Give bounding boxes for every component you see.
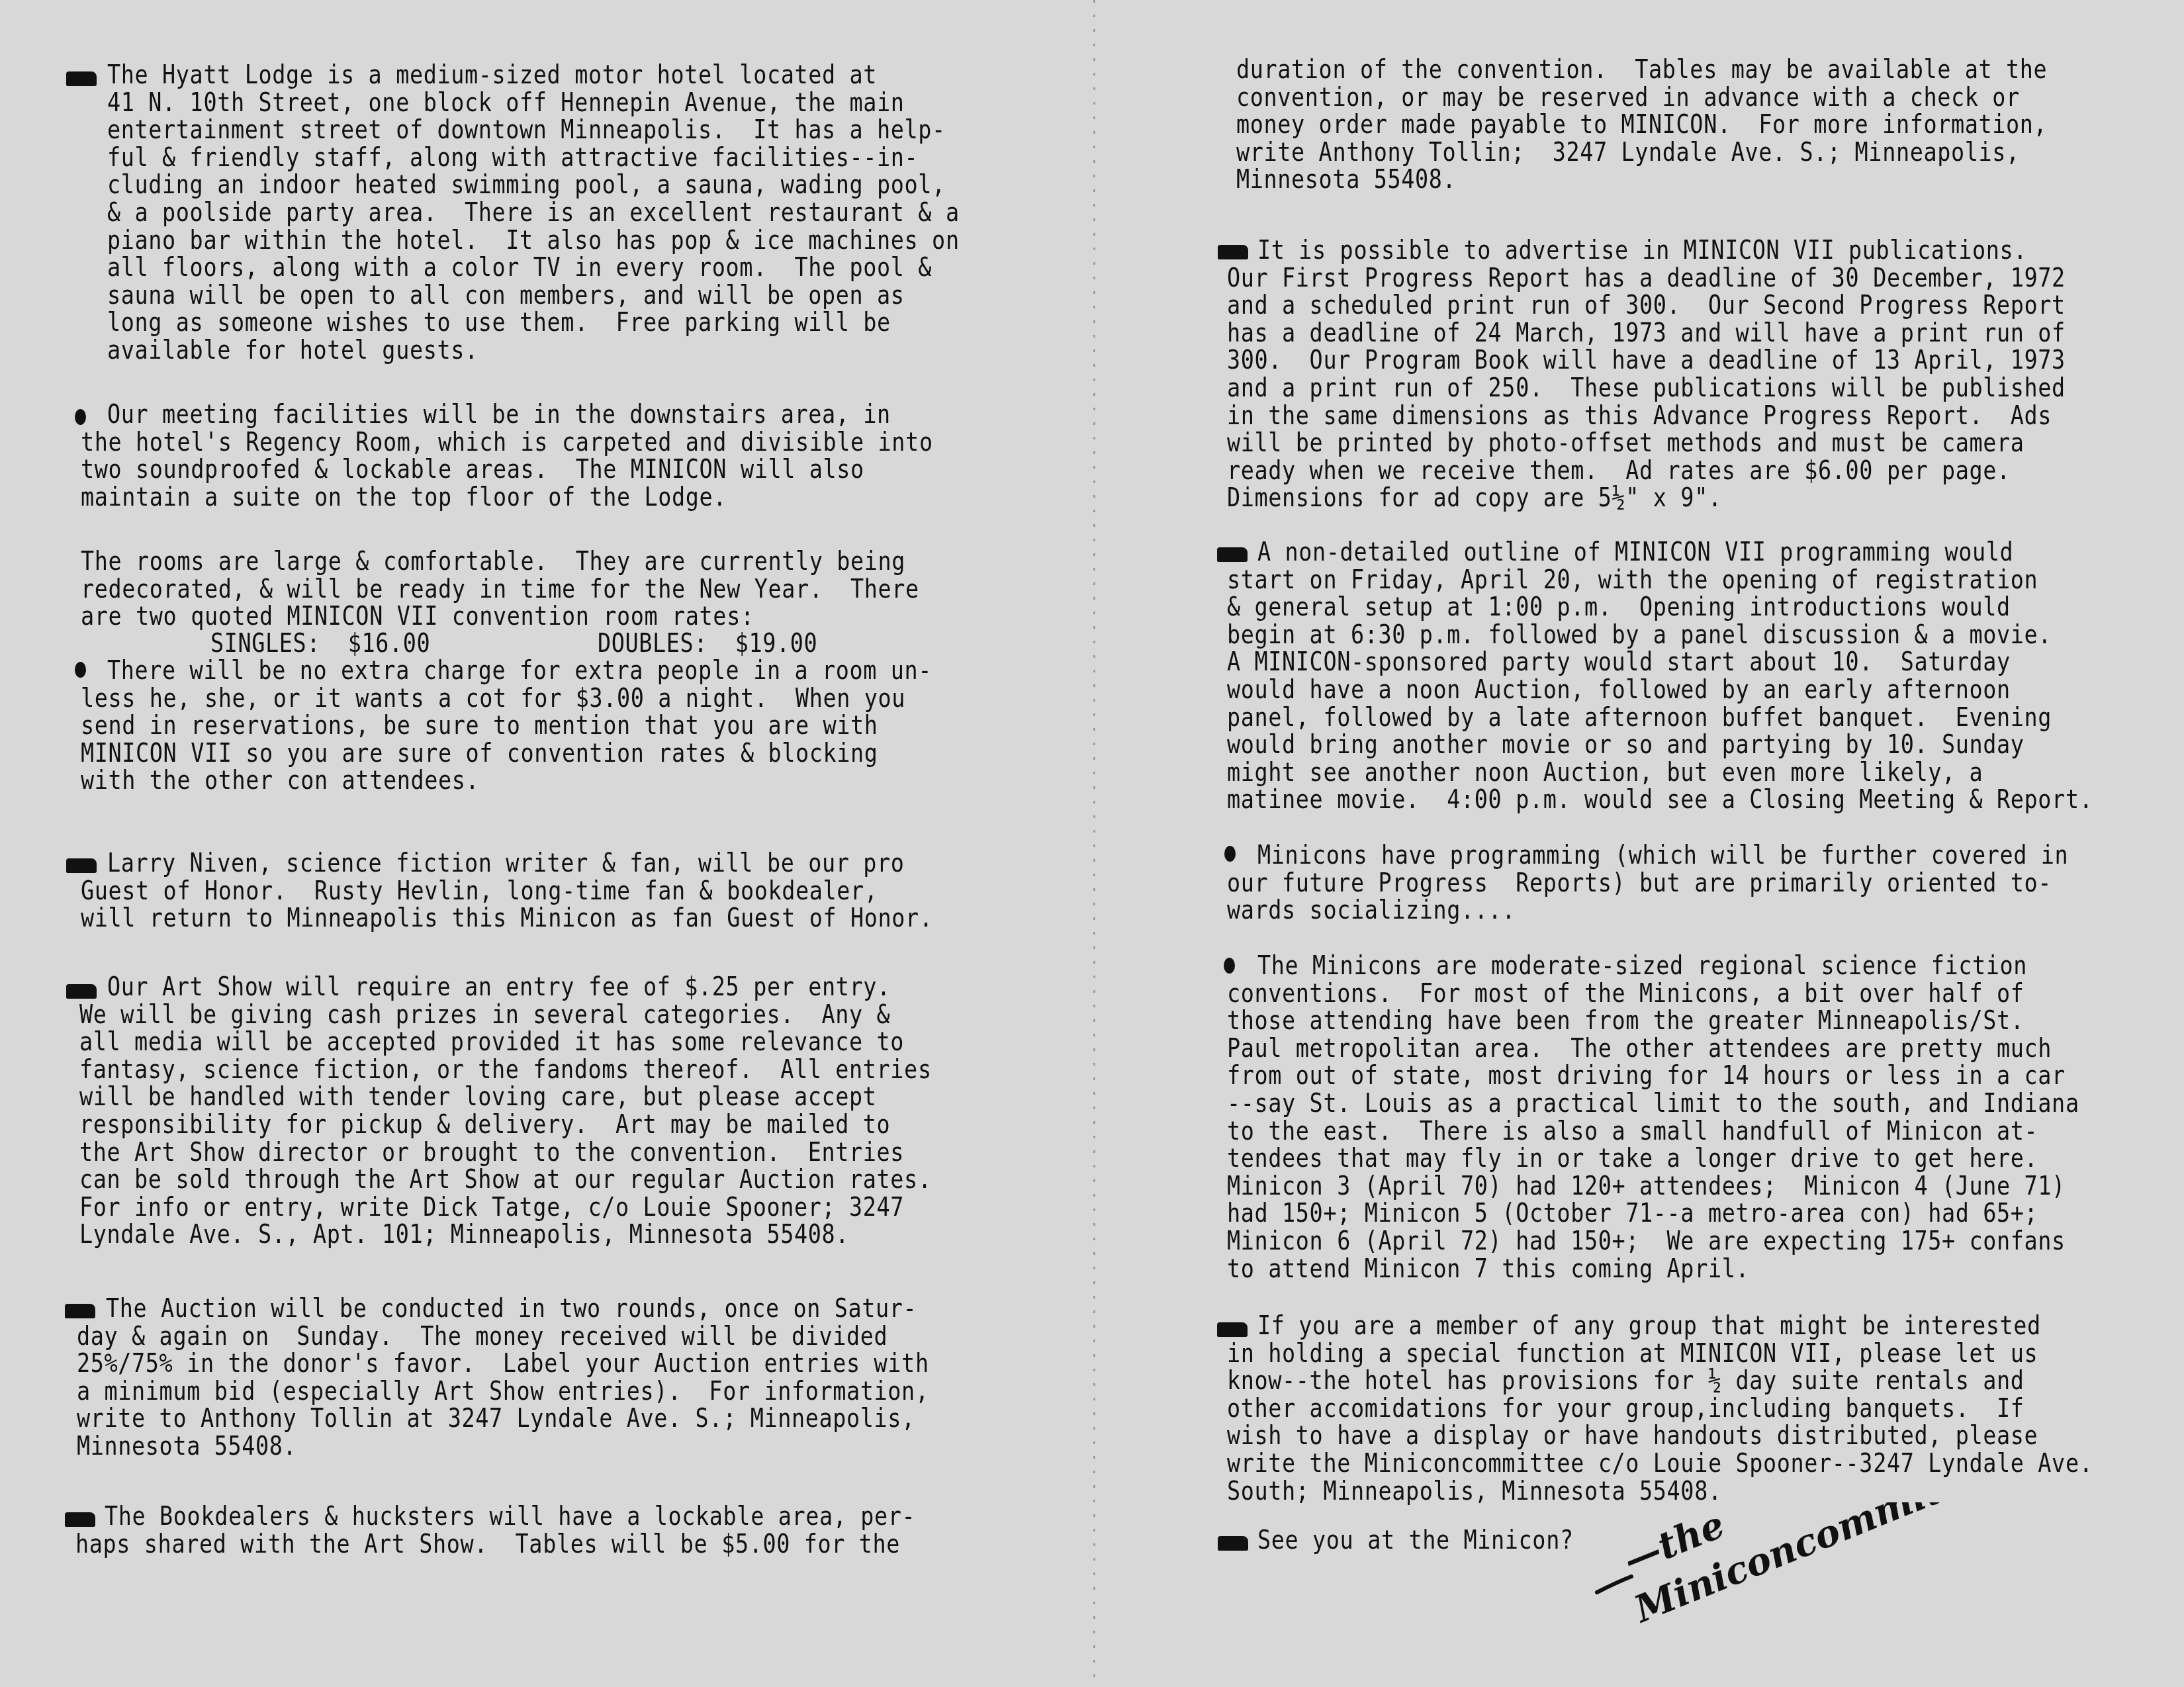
text-line: matinee movie. 4:00 p.m. would see a Clo… [1227, 784, 2093, 816]
paragraph-hotel: The Hyatt Lodge is a medium-sized motor … [107, 61, 960, 364]
rate-doubles: DOUBLES: $19.00 [598, 629, 817, 657]
text-line: with the other con attendees. [81, 764, 932, 797]
paragraph-rooms: The rooms are large & comfortable. They … [81, 547, 919, 630]
paragraph-auction: The Auction will be conducted in two rou… [77, 1295, 929, 1460]
paragraph-advertising: It is possible to advertise in MINICON V… [1227, 236, 2066, 512]
text-line: maintain a suite on the top floor of the… [81, 480, 933, 513]
paragraph-programming: A non-detailed outline of MINICON VII pr… [1227, 538, 2093, 813]
text-line: available for hotel guests. [107, 334, 960, 366]
paragraph-closing: See you at the Minicon? [1227, 1526, 1574, 1554]
paragraph-extra-people: There will be no extra charge for extra … [81, 657, 932, 794]
paragraph-groups: If you are a member of any group that mi… [1227, 1312, 2093, 1504]
text-line: Dimensions for ad copy are 5½" x 9". [1227, 482, 2066, 514]
text-line: haps shared with the Art Show. Tables wi… [75, 1527, 915, 1560]
text-line: wards socializing.... [1227, 893, 2068, 926]
text-line: to attend Minicon 7 this coming April. [1227, 1252, 2079, 1285]
square-bullet-icon [66, 71, 97, 86]
paragraph-bookdealers-continued: duration of the convention. Tables may b… [1236, 56, 2047, 193]
paragraph-bookdealers: The Bookdealers & hucksters will have a … [75, 1502, 915, 1557]
text-line: See you at the Minicon? [1227, 1524, 1574, 1556]
text-line: Lyndale Ave. S., Apt. 101; Minneapolis, … [79, 1218, 932, 1251]
paragraph-art-show: Our Art Show will require an entry fee o… [79, 973, 932, 1248]
rate-singles: SINGLES: $16.00 [210, 629, 430, 657]
handwritten-signature: —the Miniconcommittee [1585, 1502, 1956, 1635]
right-page: duration of the convention. Tables may b… [1092, 0, 2184, 1687]
left-page: The Hyatt Lodge is a medium-sized motor … [0, 0, 1092, 1687]
text-line: Minnesota 55408. [77, 1430, 929, 1462]
paragraph-guests: Larry Niven, science fiction writer & fa… [81, 849, 933, 932]
paragraph-meeting: Our meeting facilities will be in the do… [81, 400, 933, 510]
text-line: will return to Minneapolis this Minicon … [81, 901, 933, 934]
paragraph-socializing: Minicons have programming (which will be… [1227, 841, 2068, 924]
text-line: Minnesota 55408. [1236, 163, 2047, 196]
paragraph-about-minicons: The Minicons are moderate-sized regional… [1227, 952, 2079, 1282]
